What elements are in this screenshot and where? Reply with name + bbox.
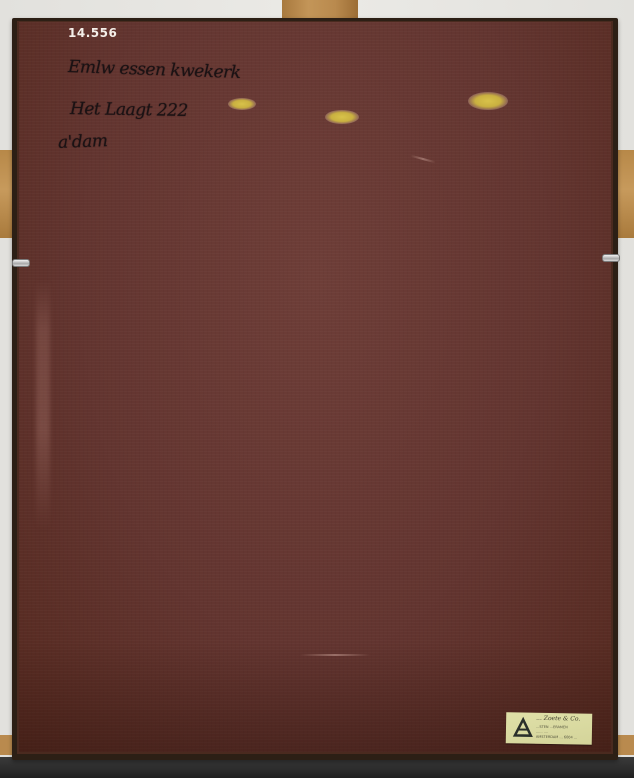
dealer-logo-icon bbox=[512, 716, 534, 738]
handwritten-inscription-line-2: Het Laagt 222 bbox=[70, 99, 188, 121]
tape-residue-mark bbox=[468, 92, 508, 110]
hanging-hook-left-icon bbox=[12, 259, 30, 267]
wear-streak bbox=[36, 280, 50, 530]
tape-residue-mark bbox=[228, 98, 256, 110]
scratch-mark bbox=[300, 654, 370, 656]
handwritten-inscription-line-3: a'dam bbox=[58, 131, 108, 153]
dealer-label-line: ...STEN ...ERAMEN bbox=[536, 725, 568, 730]
dealer-label: ... Zoete & Co. ...STEN ...ERAMEN ......… bbox=[506, 712, 593, 744]
tape-residue-mark bbox=[325, 110, 359, 124]
inventory-number: 14.556 bbox=[68, 26, 117, 40]
dealer-label-line: ...... .... bbox=[536, 730, 548, 734]
easel-shelf bbox=[0, 757, 634, 778]
dealer-label-line: AMSTERDAM ... 6004 ... bbox=[536, 735, 577, 740]
easel-foot-right bbox=[618, 735, 634, 755]
dealer-name: ... Zoete & Co. bbox=[536, 715, 580, 723]
hanging-hook-right-icon bbox=[602, 254, 620, 262]
